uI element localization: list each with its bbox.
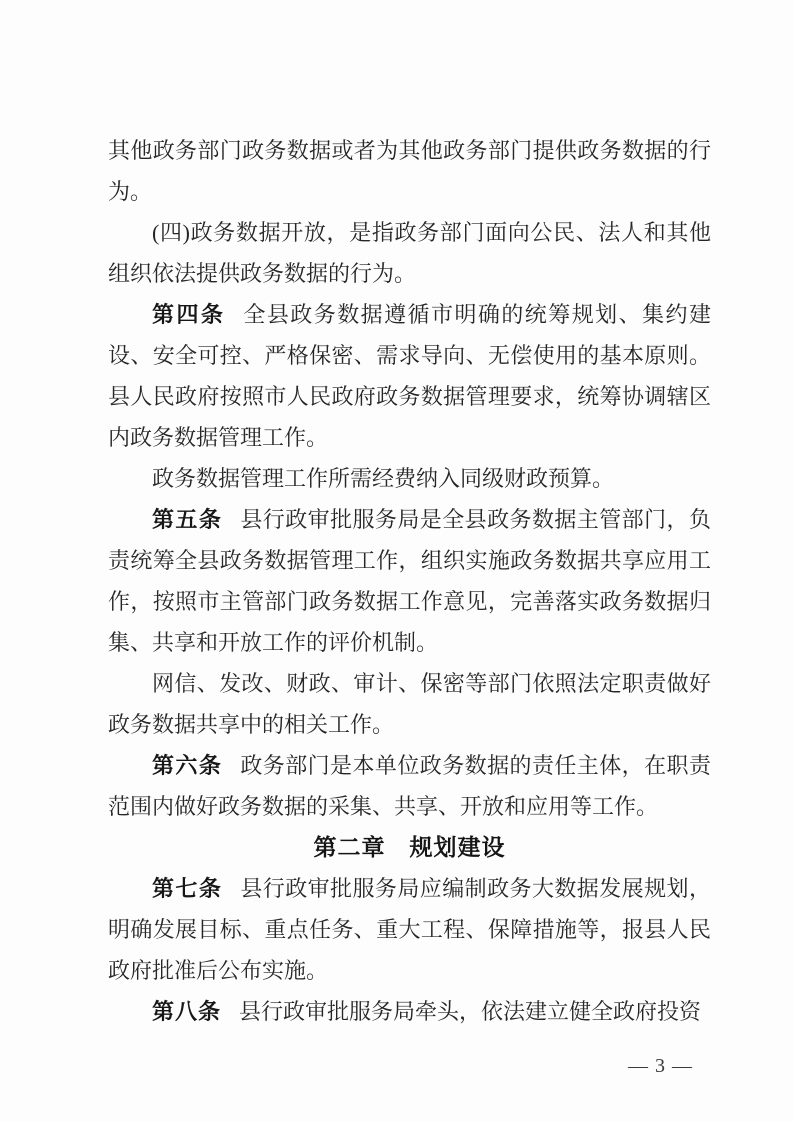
article-number: 第七条 <box>152 876 222 901</box>
article-number: 第八条 <box>152 999 221 1024</box>
paragraph-text: (四)政务数据开放，是指政务部门面向公民、法人和其他组织依法提供政务数据的行为。 <box>108 220 711 286</box>
paragraph: 第七条县行政审批服务局应编制政务大数据发展规划，明确发展目标、重点任务、重大工程… <box>108 868 711 991</box>
document-body: 其他政务部门政务数据或者为其他政务部门提供政务数据的行为。 (四)政务数据开放，… <box>108 130 711 1032</box>
paragraph-text: 网信、发改、财政、审计、保密等部门依照法定职责做好政务数据共享中的相关工作。 <box>108 671 711 737</box>
paragraph: 第八条县行政审批服务局牵头，依法建立健全政府投资 <box>108 991 711 1032</box>
paragraph: 第六条政务部门是本单位政务数据的责任主体，在职责范围内做好政务数据的采集、共享、… <box>108 745 711 827</box>
paragraph-text: 县行政审批服务局牵头，依法建立健全政府投资 <box>239 999 701 1024</box>
document-page: 其他政务部门政务数据或者为其他政务部门提供政务数据的行为。 (四)政务数据开放，… <box>0 0 793 1121</box>
chapter-heading: 第二章 规划建设 <box>108 827 711 868</box>
paragraph: 其他政务部门政务数据或者为其他政务部门提供政务数据的行为。 <box>108 130 711 212</box>
paragraph: 网信、发改、财政、审计、保密等部门依照法定职责做好政务数据共享中的相关工作。 <box>108 663 711 745</box>
page-number: — 3 — <box>628 1054 693 1078</box>
paragraph: (四)政务数据开放，是指政务部门面向公民、法人和其他组织依法提供政务数据的行为。 <box>108 212 711 294</box>
article-number: 第六条 <box>152 753 222 778</box>
paragraph: 第四条全县政务数据遵循市明确的统筹规划、集约建设、安全可控、严格保密、需求导向、… <box>108 294 711 458</box>
paragraph: 第五条县行政审批服务局是全县政务数据主管部门，负责统筹全县政务数据管理工作，组织… <box>108 499 711 663</box>
paragraph: 政务数据管理工作所需经费纳入同级财政预算。 <box>108 458 711 499</box>
article-number: 第四条 <box>152 302 225 327</box>
paragraph-text: 政务数据管理工作所需经费纳入同级财政预算。 <box>152 466 614 491</box>
article-number: 第五条 <box>152 507 222 532</box>
paragraph-text: 其他政务部门政务数据或者为其他政务部门提供政务数据的行为。 <box>108 138 711 204</box>
